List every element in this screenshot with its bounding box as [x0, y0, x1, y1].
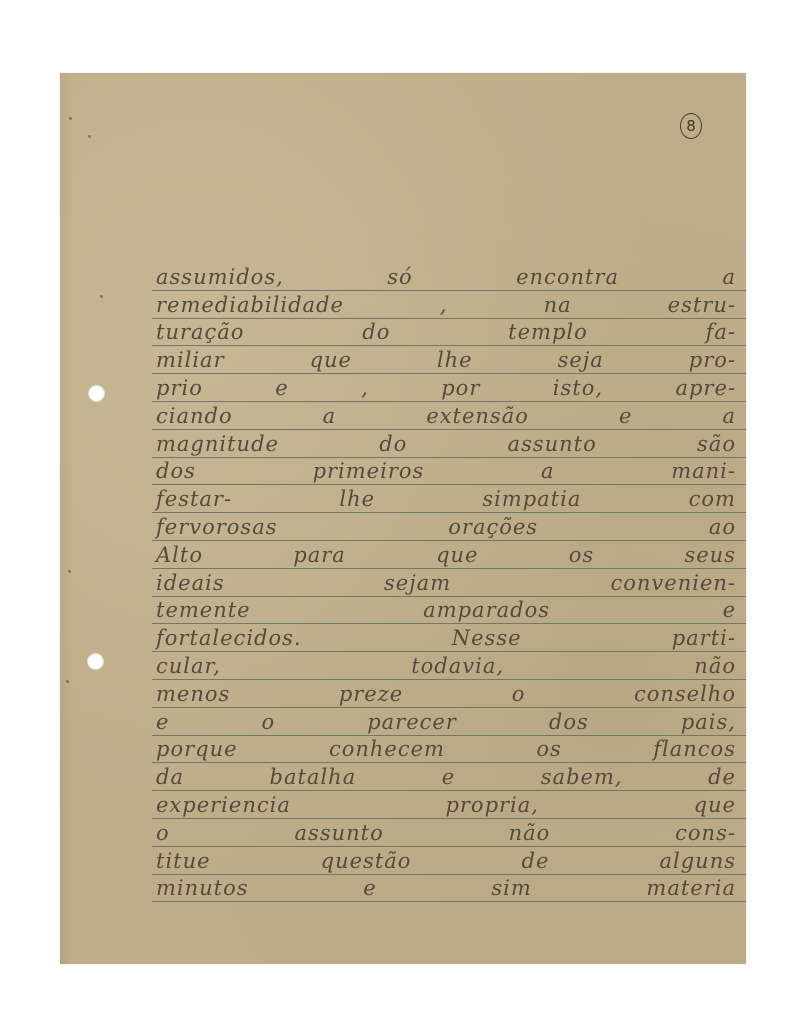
- handwritten-line: turaçãodotemplofa-: [156, 320, 736, 344]
- handwritten-line: experienciapropria,que: [156, 793, 736, 817]
- handwritten-line: porqueconhecemosflancos: [156, 737, 736, 761]
- handwritten-word: ,: [361, 376, 369, 400]
- handwritten-word: titue: [156, 849, 211, 873]
- handwritten-word: fa-: [706, 320, 736, 344]
- handwritten-word: flancos: [653, 737, 736, 761]
- handwritten-word: preze: [339, 682, 403, 706]
- handwritten-word: seja: [558, 348, 604, 372]
- handwritten-word: orações: [448, 515, 538, 539]
- ruled-line: festar-lhesimpatiacom: [152, 485, 746, 513]
- handwritten-word: o: [512, 682, 526, 706]
- handwritten-word: ciando: [156, 404, 233, 428]
- handwritten-word: de: [708, 765, 736, 789]
- punch-hole-bottom: [87, 653, 104, 670]
- handwritten-word: o: [261, 710, 275, 734]
- handwritten-word: dos: [156, 459, 196, 483]
- ruled-line: experienciapropria,que: [152, 791, 746, 819]
- handwritten-line: ciandoaextensãoea: [156, 404, 736, 428]
- handwritten-word: que: [310, 348, 352, 372]
- handwritten-word: do: [362, 320, 390, 344]
- handwritten-word: não: [694, 654, 736, 678]
- paper-speck: [88, 135, 91, 138]
- handwritten-word: por: [441, 376, 480, 400]
- ruled-line: fervorosasoraçõesao: [152, 513, 746, 541]
- handwritten-word: cons-: [675, 821, 736, 845]
- handwritten-word: cular,: [156, 654, 221, 678]
- ruled-line: remediabilidade,naestru-: [152, 291, 746, 319]
- handwritten-word: sabem,: [541, 765, 623, 789]
- handwritten-word: magnitude: [156, 432, 279, 456]
- handwritten-word: fortalecidos.: [156, 626, 302, 650]
- handwritten-word: conhecem: [329, 737, 445, 761]
- handwritten-word: experiencia: [156, 793, 291, 817]
- handwritten-line: menosprezeoconselho: [156, 682, 736, 706]
- handwritten-word: ideais: [156, 571, 225, 595]
- handwritten-line: minutosesimmateria: [156, 876, 736, 900]
- handwritten-word: e: [363, 876, 376, 900]
- handwritten-word: o: [156, 821, 170, 845]
- handwritten-word: ao: [709, 515, 736, 539]
- ruled-line: oassuntonãocons-: [152, 819, 746, 847]
- handwritten-word: que: [694, 793, 736, 817]
- handwritten-word: porque: [156, 737, 238, 761]
- handwritten-word: alguns: [659, 849, 736, 873]
- paper-speck: [100, 295, 103, 298]
- handwritten-word: a: [541, 459, 555, 483]
- handwritten-word: minutos: [156, 876, 249, 900]
- handwritten-word: temente: [156, 598, 251, 622]
- ruled-line: ciandoaextensãoea: [152, 402, 746, 430]
- handwritten-word: assunto: [295, 821, 384, 845]
- handwritten-word: e: [723, 598, 736, 622]
- handwritten-word: primeiros: [313, 459, 425, 483]
- handwritten-word: simpatia: [482, 487, 581, 511]
- handwritten-word: os: [569, 543, 594, 567]
- handwritten-word: lhe: [437, 348, 473, 372]
- handwritten-word: seus: [684, 543, 736, 567]
- handwritten-word: Nesse: [452, 626, 522, 650]
- handwritten-word: pro-: [689, 348, 736, 372]
- ruled-line: Altoparaqueosseus: [152, 541, 746, 569]
- handwritten-word: todavia,: [411, 654, 504, 678]
- handwritten-word: menos: [156, 682, 230, 706]
- handwritten-line: fortalecidos.Nesseparti-: [156, 626, 736, 650]
- handwritten-word: estru-: [668, 293, 736, 317]
- handwritten-line: prioe,poristo,apre-: [156, 376, 736, 400]
- handwritten-word: parecer: [367, 710, 457, 734]
- handwritten-word: que: [436, 543, 478, 567]
- handwritten-word: mani-: [671, 459, 736, 483]
- ruled-line: tituequestãodealguns: [152, 847, 746, 875]
- handwritten-word: extensão: [426, 404, 529, 428]
- handwritten-word: com: [689, 487, 736, 511]
- ruled-line: menosprezeoconselho: [152, 680, 746, 708]
- ruled-line: porqueconhecemosflancos: [152, 736, 746, 764]
- page-number: 8: [680, 113, 702, 139]
- handwritten-word: apre-: [675, 376, 736, 400]
- handwritten-word: e: [275, 376, 288, 400]
- handwritten-word: do: [379, 432, 407, 456]
- handwritten-word: assumidos,: [156, 265, 284, 289]
- manuscript-page: 8 assumidos,sóencontraaremediabilidade,n…: [60, 73, 746, 964]
- handwritten-word: convenien-: [610, 571, 736, 595]
- handwritten-line: festar-lhesimpatiacom: [156, 487, 736, 511]
- handwritten-line: fervorosasoraçõesao: [156, 515, 736, 539]
- handwritten-word: da: [156, 765, 184, 789]
- handwritten-word: na: [544, 293, 572, 317]
- ruled-line: minutosesimmateria: [152, 875, 746, 903]
- handwritten-word: prio: [156, 376, 203, 400]
- handwritten-word: encontra: [516, 265, 619, 289]
- handwritten-word: e: [156, 710, 169, 734]
- handwritten-line: oassuntonãocons-: [156, 821, 736, 845]
- ruled-line: prioe,poristo,apre-: [152, 374, 746, 402]
- handwritten-word: parti-: [672, 626, 736, 650]
- punch-hole-top: [88, 385, 105, 402]
- ruled-line: tementeamparadose: [152, 597, 746, 625]
- ruled-line: cular,todavia,não: [152, 652, 746, 680]
- handwritten-word: assunto: [508, 432, 597, 456]
- handwritten-word: remediabilidade: [156, 293, 344, 317]
- handwritten-word: fervorosas: [156, 515, 278, 539]
- handwritten-text-block: assumidos,sóencontraaremediabilidade,nae…: [152, 263, 746, 902]
- handwritten-word: não: [509, 821, 551, 845]
- ruled-line: turaçãodotemplofa-: [152, 319, 746, 347]
- handwritten-line: ideaissejamconvenien-: [156, 571, 736, 595]
- handwritten-word: dos: [549, 710, 589, 734]
- paper-speck: [68, 570, 71, 573]
- handwritten-line: Altoparaqueosseus: [156, 543, 736, 567]
- ruled-line: miliarquelhesejapro-: [152, 346, 746, 374]
- handwritten-word: questão: [321, 849, 412, 873]
- handwritten-word: sim: [491, 876, 531, 900]
- handwritten-word: templo: [508, 320, 588, 344]
- handwritten-word: conselho: [634, 682, 736, 706]
- ruled-line: dabatalhaesabem,de: [152, 763, 746, 791]
- handwritten-word: são: [697, 432, 736, 456]
- ruled-line: fortalecidos.Nesseparti-: [152, 624, 746, 652]
- handwritten-word: festar-: [156, 487, 232, 511]
- handwritten-line: tementeamparadose: [156, 598, 736, 622]
- handwritten-word: materia: [646, 876, 736, 900]
- handwritten-word: sejam: [384, 571, 451, 595]
- handwritten-word: isto,: [553, 376, 603, 400]
- handwritten-line: magnitudedoassuntosão: [156, 432, 736, 456]
- handwritten-word: lhe: [339, 487, 375, 511]
- handwritten-word: pais,: [681, 710, 736, 734]
- handwritten-word: turação: [156, 320, 244, 344]
- handwritten-word: e: [619, 404, 632, 428]
- handwritten-word: a: [323, 404, 337, 428]
- handwritten-line: dabatalhaesabem,de: [156, 765, 736, 789]
- paper-speck: [66, 680, 69, 683]
- handwritten-line: tituequestãodealguns: [156, 849, 736, 873]
- paper-speck: [69, 117, 72, 120]
- handwritten-word: a: [722, 265, 736, 289]
- handwritten-word: ,: [440, 293, 448, 317]
- handwritten-word: de: [522, 849, 550, 873]
- handwritten-word: os: [536, 737, 561, 761]
- handwritten-word: a: [722, 404, 736, 428]
- handwritten-word: e: [442, 765, 455, 789]
- ruled-line: ideaissejamconvenien-: [152, 569, 746, 597]
- ruled-line: magnitudedoassuntosão: [152, 430, 746, 458]
- handwritten-line: miliarquelhesejapro-: [156, 348, 736, 372]
- handwritten-word: propria,: [445, 793, 539, 817]
- handwritten-line: eoparecerdospais,: [156, 710, 736, 734]
- ruled-line: eoparecerdospais,: [152, 708, 746, 736]
- ruled-line: dosprimeirosamani-: [152, 458, 746, 486]
- handwritten-line: cular,todavia,não: [156, 654, 736, 678]
- handwritten-word: batalha: [270, 765, 357, 789]
- handwritten-word: para: [293, 543, 346, 567]
- handwritten-word: amparados: [423, 598, 550, 622]
- ruled-line: assumidos,sóencontraa: [152, 263, 746, 291]
- handwritten-word: miliar: [156, 348, 225, 372]
- handwritten-line: remediabilidade,naestru-: [156, 293, 736, 317]
- handwritten-word: Alto: [156, 543, 203, 567]
- handwritten-line: assumidos,sóencontraa: [156, 265, 736, 289]
- handwritten-word: só: [387, 265, 412, 289]
- handwritten-line: dosprimeirosamani-: [156, 459, 736, 483]
